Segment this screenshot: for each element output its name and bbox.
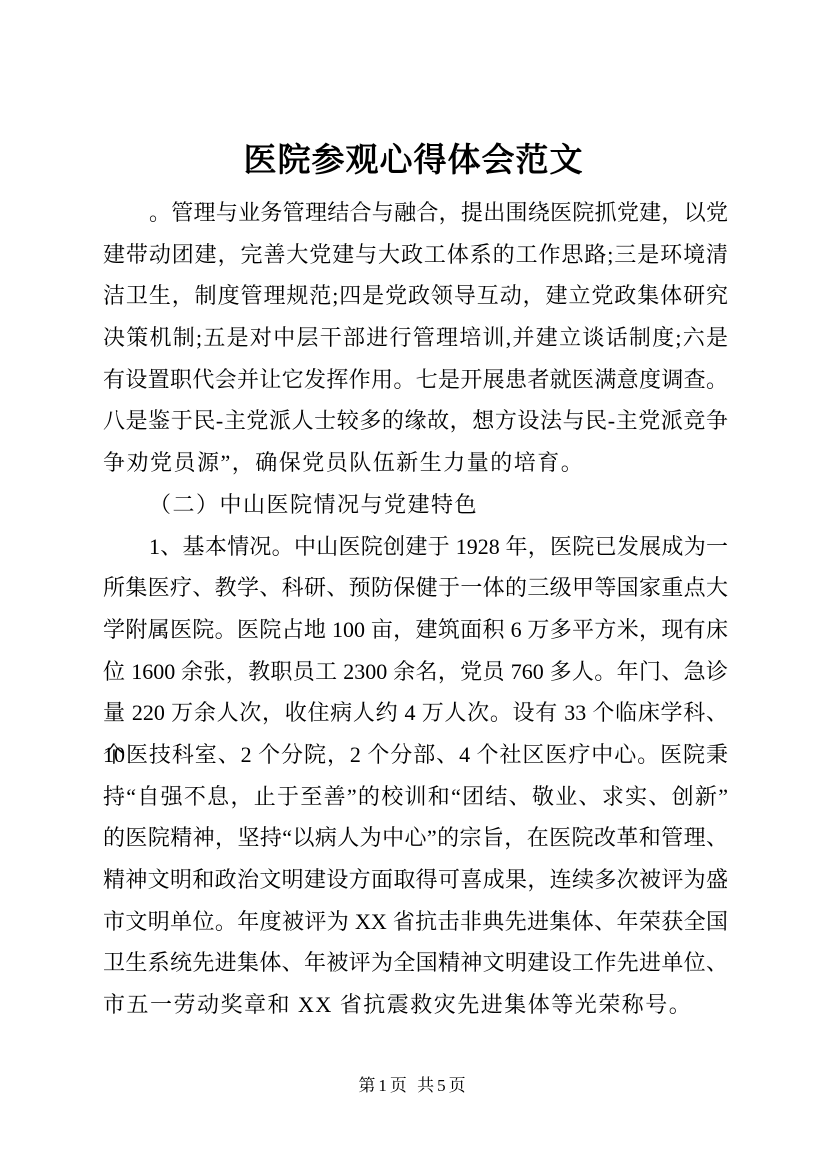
text-line: 争劝党员源”，确保党员队伍新生力量的培育。 <box>103 442 728 484</box>
text-line: 市五一劳动奖章和 XX 省抗震救灾先进集体等光荣称号。 <box>103 984 728 1026</box>
text-line: 持“自强不息，止于至善”的校训和“团结、敬业、求实、创新” <box>103 776 728 818</box>
section-heading: （二）中山医院情况与党建特色 <box>103 484 728 526</box>
text-line: 决策机制;五是对中层干部进行管理培训,并建立谈话制度;六是 <box>103 317 728 359</box>
text-line: 学附属医院。医院占地 100 亩，建筑面积 6 万多平方米，现有床 <box>103 609 728 651</box>
page-number-footer: 第1页 共5页 <box>0 1074 827 1098</box>
text-line: 建带动团建，完善大党建与大政工体系的工作思路;三是环境清 <box>103 234 728 276</box>
text-line: 的医院精神，坚持“以病人为中心”的宗旨，在医院改革和管理、 <box>103 817 728 859</box>
document-title: 医院参观心得体会范文 <box>0 137 827 185</box>
text-line: 市文明单位。年度被评为 XX 省抗击非典先进集体、年荣获全国 <box>103 901 728 943</box>
text-line: 。管理与业务管理结合与融合，提出围绕医院抓党建，以党 <box>103 192 728 234</box>
text-line: 有设置职代会并让它发挥作用。七是开展患者就医满意度调查。 <box>103 359 728 401</box>
text-line: 所集医疗、教学、科研、预防保健于一体的三级甲等国家重点大 <box>103 567 728 609</box>
text-line: 卫生系统先进集体、年被评为全国精神文明建设工作先进单位、 <box>103 942 728 984</box>
document-body: 。管理与业务管理结合与融合，提出围绕医院抓党建，以党 建带动团建，完善大党建与大… <box>103 192 728 1026</box>
text-line: 位 1600 余张，教职员工 2300 余名，党员 760 多人。年门、急诊 <box>103 651 728 693</box>
text-line: 精神文明和政治文明建设方面取得可喜成果，连续多次被评为盛 <box>103 859 728 901</box>
text-line: 八是鉴于民-主党派人士较多的缘故，想方设法与民-主党派竞争 <box>103 400 728 442</box>
text-line: 个医技科室、2 个分院，2 个分部、4 个社区医疗中心。医院秉 <box>103 734 728 776</box>
text-line: 1、基本情况。中山医院创建于 1928 年，医院已发展成为一 <box>103 526 728 568</box>
text-line: 量 220 万余人次，收住病人约 4 万人次。设有 33 个临床学科、10 <box>103 692 728 734</box>
document-page: 医院参观心得体会范文 。管理与业务管理结合与融合，提出围绕医院抓党建，以党 建带… <box>0 0 827 1170</box>
text-line: 洁卫生，制度管理规范;四是党政领导互动，建立党政集体研究 <box>103 275 728 317</box>
